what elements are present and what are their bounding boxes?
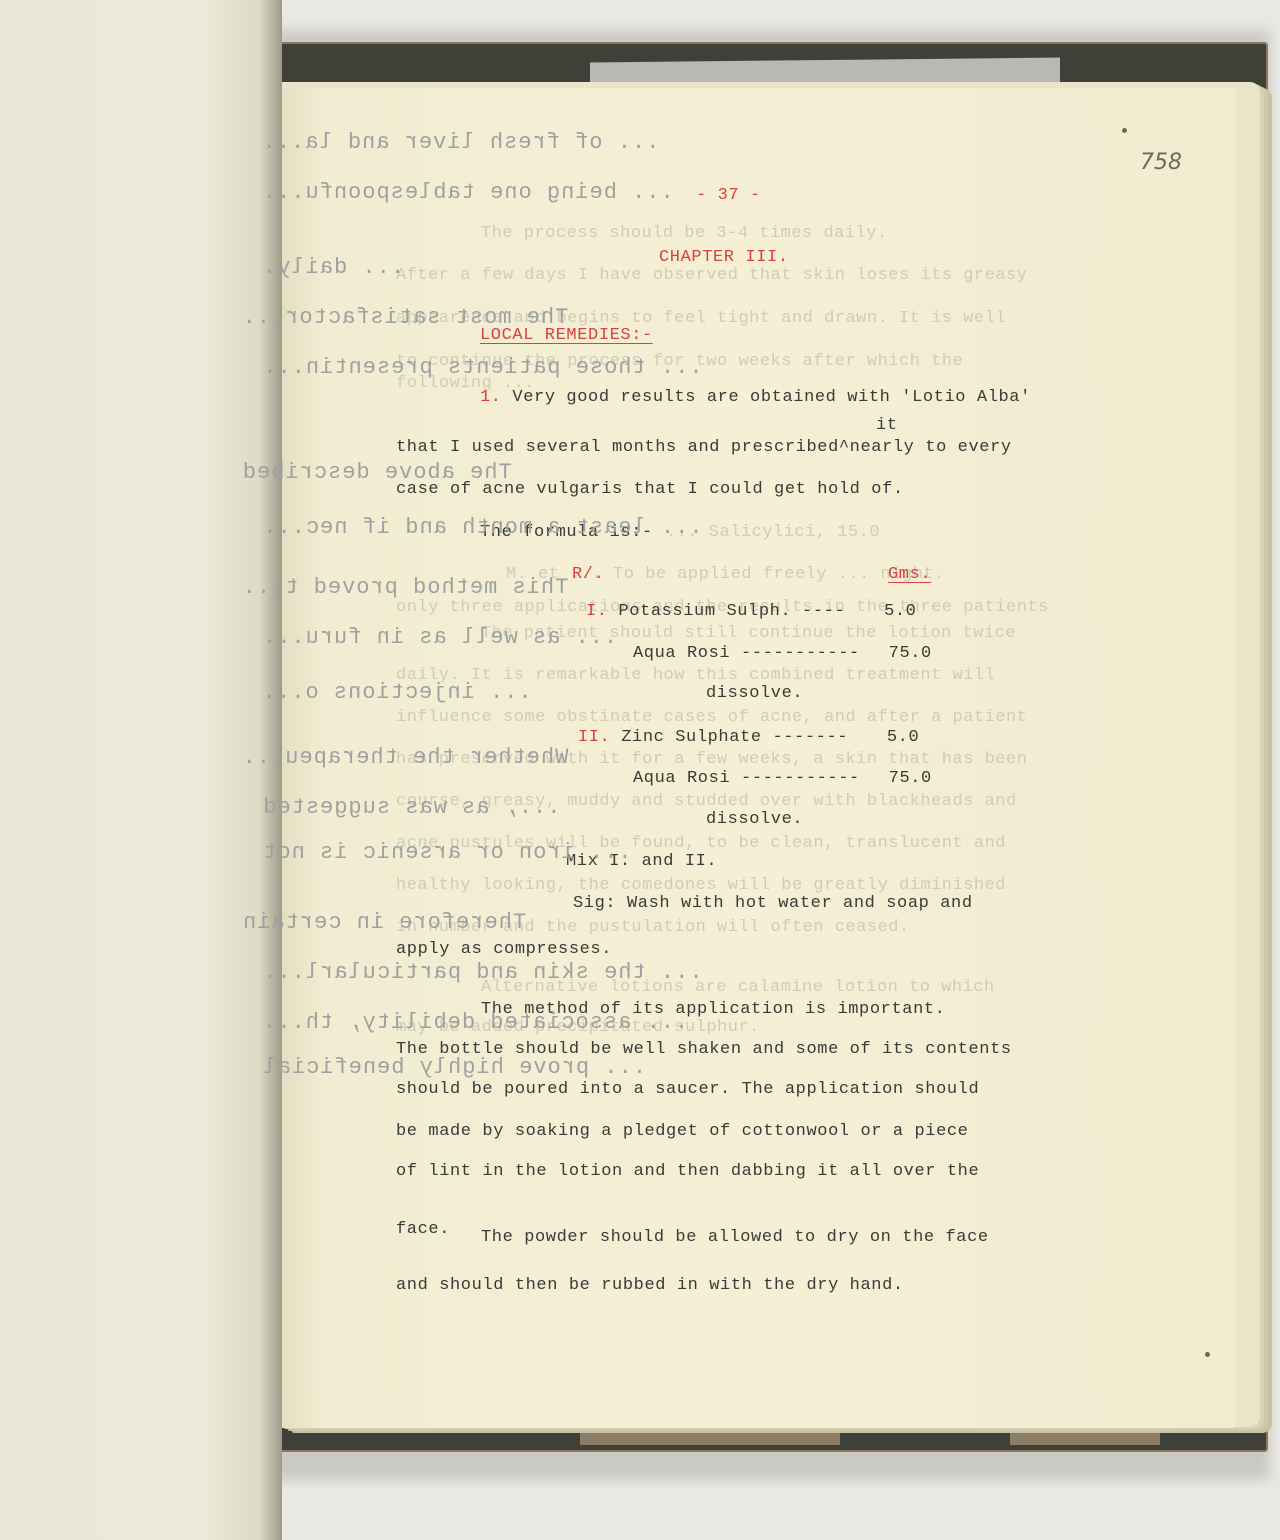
mirrored-line: This method proved t... xyxy=(242,575,569,600)
formula-units: Gms. xyxy=(888,565,931,584)
paragraph-2-line: face. xyxy=(396,1220,450,1239)
formula-item: I. Potassium Sulph. ---- 5.0 xyxy=(586,602,916,621)
formula-item: dissolve. xyxy=(706,684,803,703)
bleed-line: After a few days I have observed that sk… xyxy=(396,266,1027,285)
mirrored-line: The most satisfactor... xyxy=(242,305,569,330)
mirrored-line: The above described xyxy=(242,460,512,485)
formula-item: II. Zinc Sulphate ------- 5.0 xyxy=(578,728,919,747)
formula-item: Aqua Rosi ----------- 75.0 xyxy=(633,769,932,788)
chapter-title: CHAPTER III. xyxy=(659,248,789,267)
mirrored-line: ... daily. xyxy=(262,255,404,280)
mirrored-line: ... being one tablespoonfu... xyxy=(262,180,674,205)
paragraph-2-line: The powder should be allowed to dry on t… xyxy=(481,1228,989,1247)
paragraph-2-line: of lint in the lotion and then dabbing i… xyxy=(396,1162,979,1181)
paragraph-1-line-2: that I used several months and prescribe… xyxy=(396,438,1012,457)
inserted-word: it xyxy=(876,416,898,435)
mirrored-line: ... prove highly beneficial xyxy=(262,1055,645,1080)
mirrored-line: ... injections o... xyxy=(262,680,532,705)
mirrored-line: ... associated debility, th... xyxy=(262,1010,688,1035)
sig-line-2: apply as compresses. xyxy=(396,940,612,959)
paper-hole xyxy=(1122,128,1127,133)
mirrored-line: ... iron or arsenic is not xyxy=(262,840,631,865)
bleed-line: healthy looking, the comedones will be g… xyxy=(396,876,1006,895)
paragraph-2-line: and should then be rubbed in with the dr… xyxy=(396,1276,904,1295)
paragraph-2-line: should be poured into a saucer. The appl… xyxy=(396,1080,979,1099)
formula-item: dissolve. xyxy=(706,810,803,829)
bleed-line: The process should be 3-4 times daily. xyxy=(481,224,888,243)
paper-hole xyxy=(1205,1352,1210,1357)
archive-number: 758 xyxy=(1140,150,1182,175)
mirrored-line: ... the skin and particularl... xyxy=(262,960,702,985)
paragraph-1-line-1: 1. Very good results are obtained with '… xyxy=(480,388,1031,407)
mirrored-line: Therefore in certain xyxy=(242,910,526,935)
left-page-mirrored: ... of fresh liver and la... ... being o… xyxy=(0,0,282,1540)
mirrored-line: ... least a month and if nec... xyxy=(262,515,702,540)
mirrored-line: ... as well as in furu... xyxy=(262,625,617,650)
bleed-line: influence some obstinate cases of acne, … xyxy=(396,708,1027,727)
sig-line-1: Sig: Wash with hot water and soap and xyxy=(573,894,973,913)
paragraph-2-line: be made by soaking a pledget of cottonwo… xyxy=(396,1122,969,1141)
mirrored-line: ... of fresh liver and la... xyxy=(262,130,660,155)
mirrored-line: ... those patients presentin... xyxy=(262,355,702,380)
mirrored-line: ..., as was suggested xyxy=(262,795,560,820)
mirrored-line: Whether the therapeu... xyxy=(242,745,569,770)
page-number: - 37 - xyxy=(696,186,761,205)
formula-item: Aqua Rosi ----------- 75.0 xyxy=(633,644,932,663)
paragraph-number: 1. xyxy=(480,388,502,407)
formula-symbol: R/. xyxy=(572,565,604,584)
